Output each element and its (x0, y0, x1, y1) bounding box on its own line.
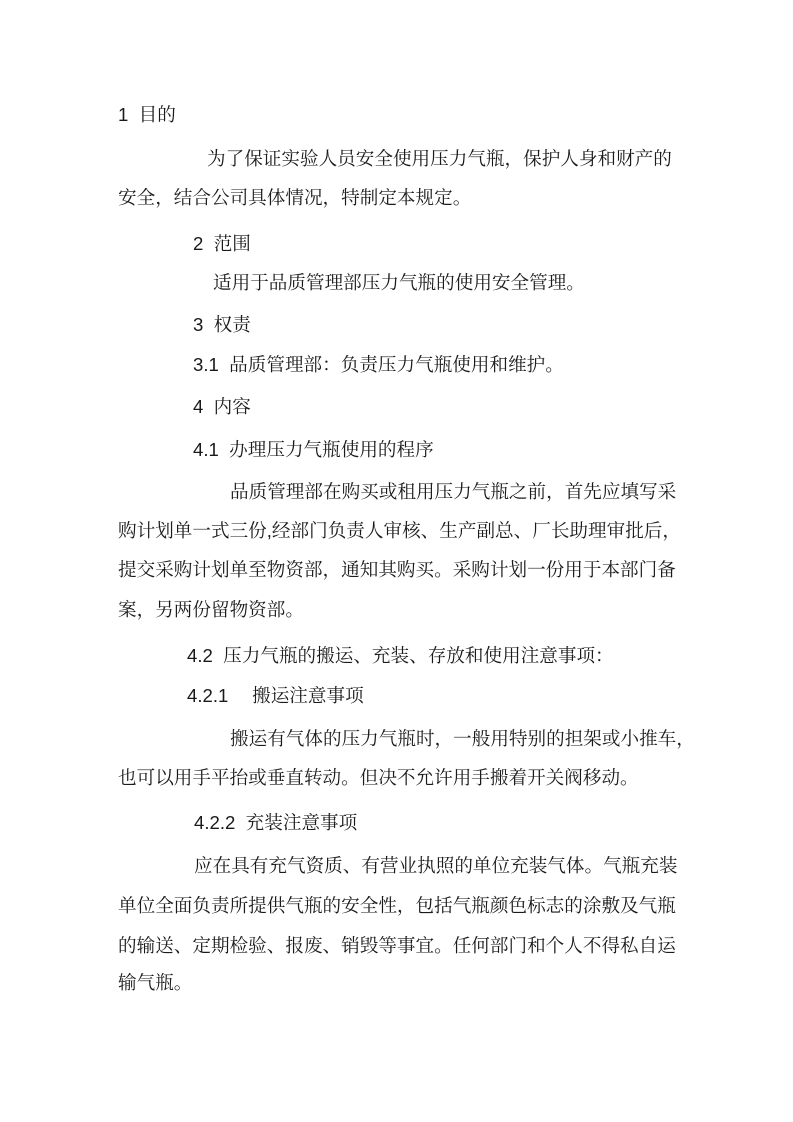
para-4-1-line1: 品质管理部在购买或租用压力气瓶之前，首先应填写采 (230, 482, 676, 502)
item-3-1: 3.1 品质管理部：负责压力气瓶使用和维护。 (193, 355, 564, 375)
heading-4-1: 4.1 办理压力气瓶使用的程序 (193, 440, 434, 460)
para-scope: 适用于品质管理部压力气瓶的使用安全管理。 (213, 273, 585, 293)
heading-4-content: 4 内容 (193, 397, 251, 417)
para-4-1-line2: 购计划单一式三份,经部门负责人审核、生产副总、厂长助理审批后， (118, 521, 681, 541)
document-page: 1 目的 为了保证实验人员安全使用压力气瓶，保护人身和财产的 安全，结合公司具体… (0, 0, 793, 1122)
para-4-1-line4: 案，另两份留物资部。 (118, 600, 304, 620)
para-4-2-1-line2: 也可以用手平抬或垂直转动。但决不允许用手搬着开关阀移动。 (118, 768, 639, 788)
heading-1-purpose: 1 目的 (118, 105, 176, 125)
heading-4-2-1: 4.2.1 搬运注意事项 (187, 686, 364, 706)
para-4-2-2-line2: 单位全面负责所提供气瓶的安全性，包括气瓶颜色标志的涂敷及气瓶 (118, 896, 676, 916)
para-4-2-1-line1: 搬运有气体的压力气瓶时，一般用特别的担架或小推车， (230, 729, 695, 749)
heading-3-duty: 3 权责 (193, 315, 251, 335)
heading-4-2-2: 4.2.2 充装注意事项 (194, 813, 357, 833)
heading-4-2: 4.2 压力气瓶的搬运、充装、存放和使用注意事项： (187, 646, 614, 666)
para-4-2-2-line4: 输气瓶。 (118, 973, 192, 993)
para-4-2-2-line1: 应在具有充气资质、有营业执照的单位充装气体。气瓶充装 (194, 856, 677, 876)
para-4-2-2-line3: 的输送、定期检验、报废、销毁等事宜。任何部门和个人不得私自运 (118, 936, 676, 956)
heading-2-scope: 2 范围 (193, 234, 251, 254)
para-4-1-line3: 提交采购计划单至物资部，通知其购买。采购计划一份用于本部门备 (118, 560, 676, 580)
para-purpose-line1: 为了保证实验人员安全使用压力气瓶，保护人身和财产的 (207, 149, 672, 169)
para-purpose-line2: 安全，结合公司具体情况，特制定本规定。 (118, 188, 471, 208)
